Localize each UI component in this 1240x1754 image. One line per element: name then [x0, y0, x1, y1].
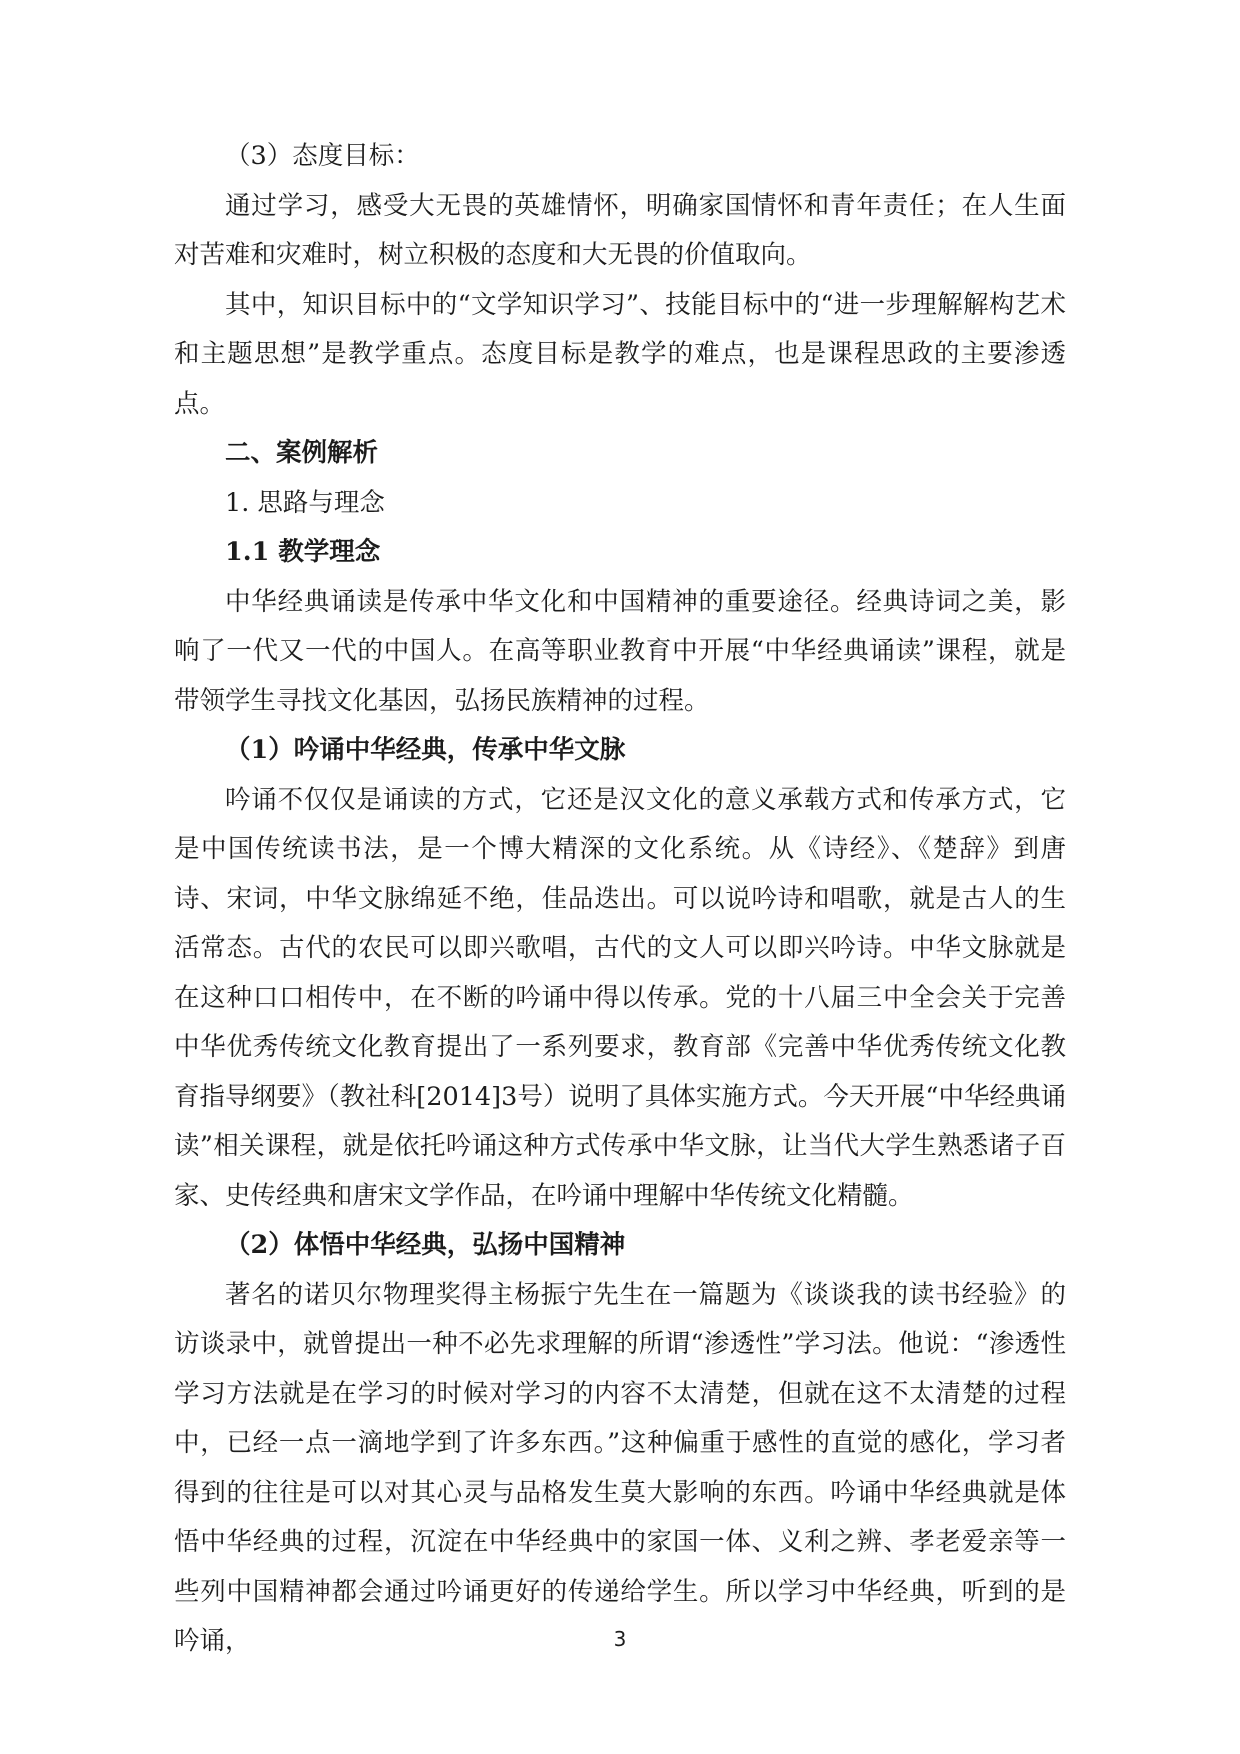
document-page: （3）态度目标： 通过学习，感受大无畏的英雄情怀，明确家国情怀和青年责任；在人生… — [0, 0, 1240, 1754]
document-body: （3）态度目标： 通过学习，感受大无畏的英雄情怀，明确家国情怀和青年责任；在人生… — [174, 132, 1066, 1667]
heading-point-2-experience-classics: （2）体悟中华经典，弘扬中国精神 — [174, 1221, 1066, 1271]
paragraph-philosophy-intro: 中华经典诵读是传承中华文化和中国精神的重要途径。经典诗词之美，影响了一代又一代的… — [174, 578, 1066, 727]
page-number: 3 — [0, 1625, 1240, 1653]
subheading-ideas-and-concepts: 1. 思路与理念 — [174, 479, 1066, 529]
paragraph-point-1-body: 吟诵不仅仅是诵读的方式，它还是汉文化的意义承载方式和传承方式，它是中国传统读书法… — [174, 776, 1066, 1222]
paragraph-attitude-goal-label: （3）态度目标： — [174, 132, 1066, 182]
paragraph-attitude-goal-body: 通过学习，感受大无畏的英雄情怀，明确家国情怀和青年责任；在人生面对苦难和灾难时，… — [174, 182, 1066, 281]
heading-section-case-analysis: 二、案例解析 — [174, 429, 1066, 479]
paragraph-point-2-body: 著名的诺贝尔物理奖得主杨振宁先生在一篇题为《谈谈我的读书经验》的访谈录中，就曾提… — [174, 1271, 1066, 1667]
heading-point-1-recite-classics: （1）吟诵中华经典，传承中华文脉 — [174, 726, 1066, 776]
paragraph-key-points-difficulty: 其中，知识目标中的“文学知识学习”、技能目标中的“进一步理解解构艺术和主题思想”… — [174, 281, 1066, 430]
heading-teaching-philosophy: 1.1 教学理念 — [174, 528, 1066, 578]
